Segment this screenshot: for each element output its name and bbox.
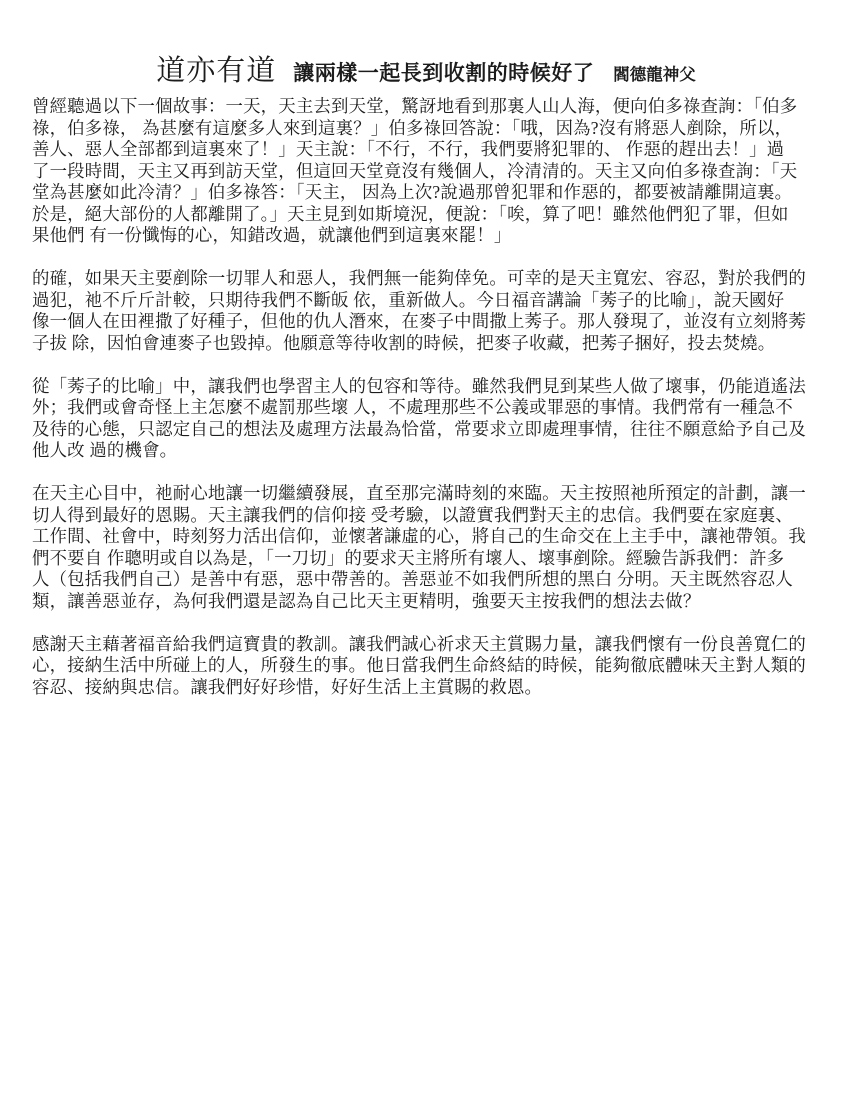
text-line: 外；我們或會奇怪上主怎麼不處罰那些壞 人，不處理那些不公義或罪惡的事情。我們常有… <box>32 397 820 419</box>
paragraph: 在天主心目中，祂耐心地讓一切繼續發展，直至那完滿時刻的來臨。天主按照祂所預定的計… <box>32 483 820 612</box>
paragraph: 感謝天主藉著福音給我們這寶貴的教訓。讓我們誠心祈求天主賞賜力量，讓我們懷有一份良… <box>32 634 820 699</box>
paragraph: 從「莠子的比喻」中，讓我們也學習主人的包容和等待。雖然我們見到某些人做了壞事，仍… <box>32 376 820 462</box>
text-line: 曾經聽過以下一個故事：一天，天主去到天堂，驚訝地看到那裏人山人海，便向伯多祿查詢… <box>32 96 820 118</box>
text-line: 善人、惡人全部都到這裏來了！」天主說：「不行，不行，我們要將犯罪的、 作惡的趕出… <box>32 139 820 161</box>
document-page: 道亦有道讓兩樣一起長到收割的時候好了閻德龍神父 曾經聽過以下一個故事：一天，天主… <box>32 48 820 720</box>
page-title: 道亦有道讓兩樣一起長到收割的時候好了閻德龍神父 <box>32 48 820 89</box>
text-line: 過犯，祂不斤斤計較，只期待我們不斷皈 依，重新做人。今日福音講論「莠子的比喻」，… <box>32 290 820 312</box>
text-line: 祿，伯多祿， 為甚麼有這麼多人來到這裏？」伯多祿回答說：「哦，因為?沒有將惡人剷… <box>32 118 820 140</box>
text-line: 感謝天主藉著福音給我們這寶貴的教訓。讓我們誠心祈求天主賞賜力量，讓我們懷有一份良… <box>32 634 820 656</box>
text-line: 們不要自 作聰明或自以為是，「一刀切」的要求天主將所有壞人、壞事剷除。經驗告訴我… <box>32 548 820 570</box>
text-line: 容忍、接納與忠信。讓我們好好珍惜，好好生活上主賞賜的救恩。 <box>32 677 820 699</box>
text-line: 了一段時間，天主又再到訪天堂，但這回天堂竟沒有幾個人，冷清清的。天主又向伯多祿查… <box>32 161 820 183</box>
text-line: 於是，絕大部份的人都離開了。」天主見到如斯境況，便說：「唉，算了吧！雖然他們犯了… <box>32 204 820 226</box>
text-line: 果他們 有一份懺悔的心，知錯改過，就讓他們到這裏來罷！」 <box>32 225 820 247</box>
text-line: 從「莠子的比喻」中，讓我們也學習主人的包容和等待。雖然我們見到某些人做了壞事，仍… <box>32 376 820 398</box>
text-line: 子拔 除，因怕會連麥子也毀掉。他願意等待收割的時候，把麥子收藏，把莠子捆好，投去… <box>32 333 820 355</box>
paragraph: 的確，如果天主要剷除一切罪人和惡人，我們無一能夠倖免。可幸的是天主寬宏、容忍，對… <box>32 268 820 354</box>
text-line: 像一個人在田裡撒了好種子，但他的仇人潛來，在麥子中間撒上莠子。那人發現了，並沒有… <box>32 311 820 333</box>
text-line: 及待的心態，只認定自己的想法及處理方法最為恰當，常要求立即處理事情，往往不願意給… <box>32 419 820 441</box>
text-line: 的確，如果天主要剷除一切罪人和惡人，我們無一能夠倖免。可幸的是天主寬宏、容忍，對… <box>32 268 820 290</box>
title-main: 道亦有道 <box>156 55 276 87</box>
text-line: 心，接納生活中所碰上的人，所發生的事。他日當我們生命終結的時候，能夠徹底體味天主… <box>32 655 820 677</box>
title-subtitle: 讓兩樣一起長到收割的時候好了 <box>293 61 594 85</box>
text-line: 切人得到最好的恩賜。天主讓我們的信仰接 受考驗，以證實我們對天主的忠信。我們要在… <box>32 505 820 527</box>
text-line: 他人改 過的機會。 <box>32 440 820 462</box>
text-line: 堂為甚麼如此冷清？」伯多祿答：「天主， 因為上次?說過那曾犯罪和作惡的，都要被請… <box>32 182 820 204</box>
text-line: 人（包括我們自己）是善中有惡，惡中帶善的。善惡並不如我們所想的黑白 分明。天主既… <box>32 569 820 591</box>
text-line: 類，讓善惡並存，為何我們還是認為自己比天主更精明，強要天主按我們的想法去做？ <box>32 591 820 613</box>
paragraphs-container: 曾經聽過以下一個故事：一天，天主去到天堂，驚訝地看到那裏人山人海，便向伯多祿查詢… <box>32 96 820 698</box>
title-author: 閻德龍神父 <box>613 65 696 84</box>
paragraph: 曾經聽過以下一個故事：一天，天主去到天堂，驚訝地看到那裏人山人海，便向伯多祿查詢… <box>32 96 820 247</box>
text-line: 在天主心目中，祂耐心地讓一切繼續發展，直至那完滿時刻的來臨。天主按照祂所預定的計… <box>32 483 820 505</box>
text-line: 工作間、社會中，時刻努力活出信仰，並懷著謙虛的心，將自己的生命交在上主手中，讓祂… <box>32 526 820 548</box>
